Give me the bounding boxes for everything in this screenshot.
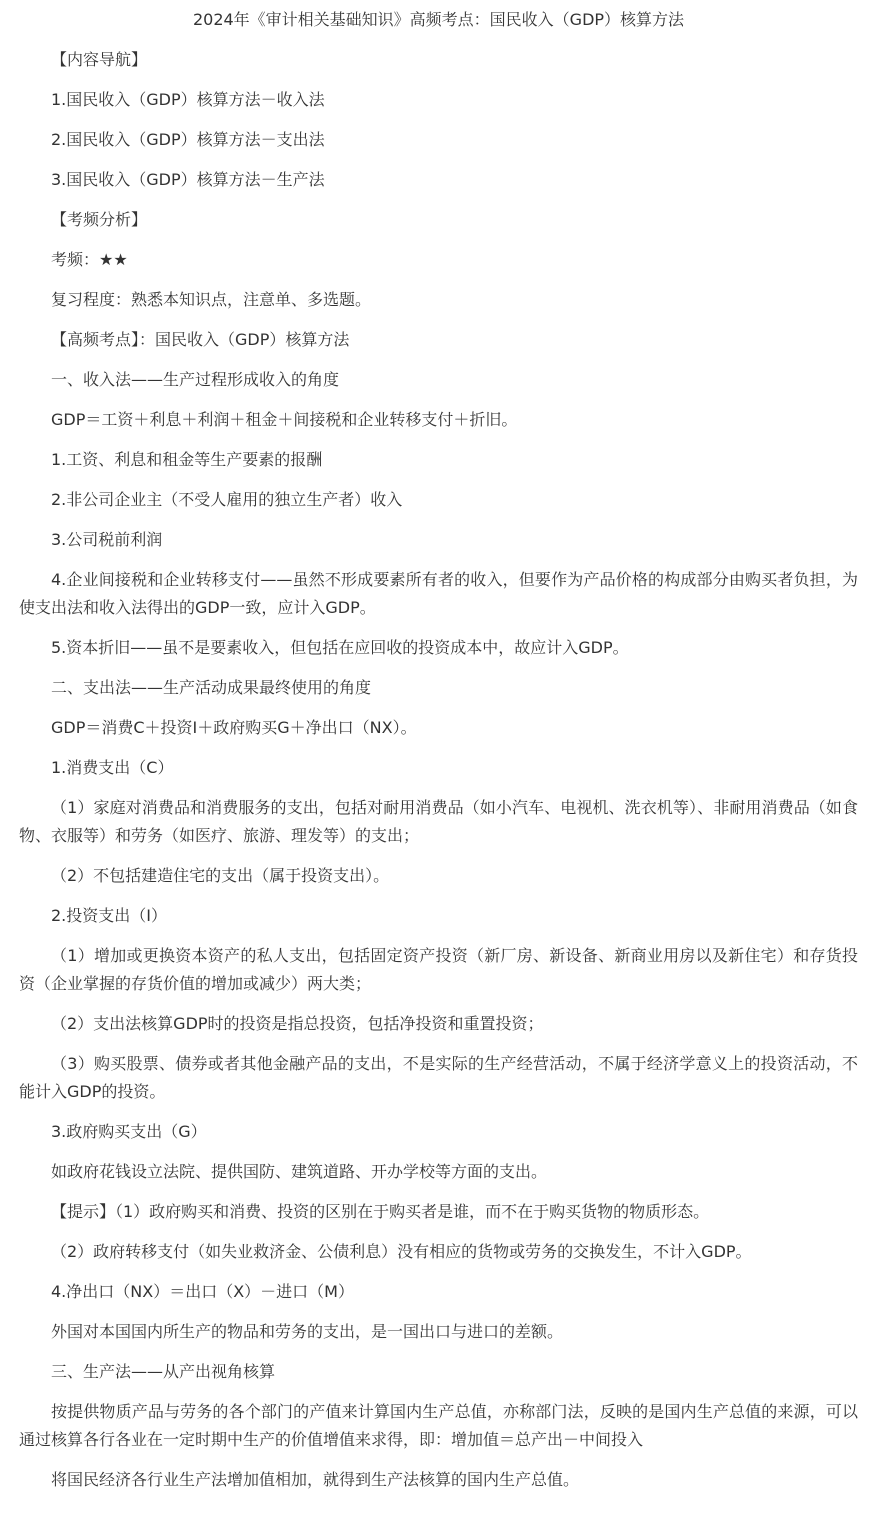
paragraph-gdp-expenditure-formula: GDP＝消费C＋投资I＋政府购买G＋净出口（NX）。	[19, 714, 858, 742]
paragraph-income-item-5: 5.资本折旧——虽不是要素收入，但包括在应回收的投资成本中，故应计入GDP。	[19, 634, 858, 662]
document-title: 2024年《审计相关基础知识》高频考点：国民收入（GDP）核算方法	[19, 6, 858, 34]
paragraph-section-3-heading: 三、生产法——从产出视角核算	[19, 1358, 858, 1386]
paragraph-review-level: 复习程度：熟悉本知识点，注意单、多选题。	[19, 286, 858, 314]
paragraph-net-export-desc: 外国对本国国内所生产的物品和劳务的支出，是一国出口与进口的差额。	[19, 1318, 858, 1346]
paragraph-consumption-point-2: （2）不包括建造住宅的支出（属于投资支出）。	[19, 862, 858, 890]
paragraph-section-2-heading: 二、支出法——生产活动成果最终使用的角度	[19, 674, 858, 702]
paragraph-key-point-header: 【高频考点】：国民收入（GDP）核算方法	[19, 326, 858, 354]
paragraph-gdp-income-formula: GDP＝工资＋利息＋利润＋租金＋间接税和企业转移支付＋折旧。	[19, 406, 858, 434]
paragraph-investment-point-1: （1）增加或更换资本资产的私人支出，包括固定资产投资（新厂房、新设备、新商业用房…	[19, 942, 858, 998]
paragraph-production-method-desc: 按提供物质产品与劳务的各个部门的产值来计算国内生产总值，亦称部门法，反映的是国内…	[19, 1398, 858, 1454]
paragraph-income-item-4: 4.企业间接税和企业转移支付——虽然不形成要素所有者的收入，但要作为产品价格的构…	[19, 566, 858, 622]
paragraph-hint-point-2: （2）政府转移支付（如失业救济金、公债利息）没有相应的货物或劳务的交换发生，不计…	[19, 1238, 858, 1266]
paragraph-consumption-point-1: （1）家庭对消费品和消费服务的支出，包括对耐用消费品（如小汽车、电视机、洗衣机等…	[19, 794, 858, 850]
paragraph-hint-point-1: 【提示】（1）政府购买和消费、投资的区别在于购买者是谁，而不在于购买货物的物质形…	[19, 1198, 858, 1226]
paragraph-exam-frequency: 考频：★★	[19, 246, 858, 274]
paragraph-section-1-heading: 一、收入法——生产过程形成收入的角度	[19, 366, 858, 394]
paragraph-income-item-1: 1.工资、利息和租金等生产要素的报酬	[19, 446, 858, 474]
paragraph-government-example: 如政府花钱设立法院、提供国防、建筑道路、开办学校等方面的支出。	[19, 1158, 858, 1186]
paragraph-investment-heading: 2.投资支出（I）	[19, 902, 858, 930]
paragraph-exam-analysis-header: 【考频分析】	[19, 206, 858, 234]
paragraph-content-nav-header: 【内容导航】	[19, 46, 858, 74]
document-page: 2024年《审计相关基础知识》高频考点：国民收入（GDP）核算方法 【内容导航】…	[0, 0, 877, 1526]
paragraph-nav-item-3: 3.国民收入（GDP）核算方法－生产法	[19, 166, 858, 194]
paragraph-income-item-2: 2.非公司企业主（不受人雇用的独立生产者）收入	[19, 486, 858, 514]
paragraph-investment-point-3: （3）购买股票、债券或者其他金融产品的支出，不是实际的生产经营活动，不属于经济学…	[19, 1050, 858, 1106]
paragraph-consumption-heading: 1.消费支出（C）	[19, 754, 858, 782]
paragraph-net-export-formula: 4.净出口（NX）＝出口（X）－进口（M）	[19, 1278, 858, 1306]
paragraph-investment-point-2: （2）支出法核算GDP时的投资是指总投资，包括净投资和重置投资；	[19, 1010, 858, 1038]
paragraph-production-method-sum: 将国民经济各行业生产法增加值相加，就得到生产法核算的国内生产总值。	[19, 1466, 858, 1494]
paragraph-nav-item-1: 1.国民收入（GDP）核算方法－收入法	[19, 86, 858, 114]
paragraph-nav-item-2: 2.国民收入（GDP）核算方法－支出法	[19, 126, 858, 154]
paragraph-income-item-3: 3.公司税前利润	[19, 526, 858, 554]
paragraph-government-heading: 3.政府购买支出（G）	[19, 1118, 858, 1146]
